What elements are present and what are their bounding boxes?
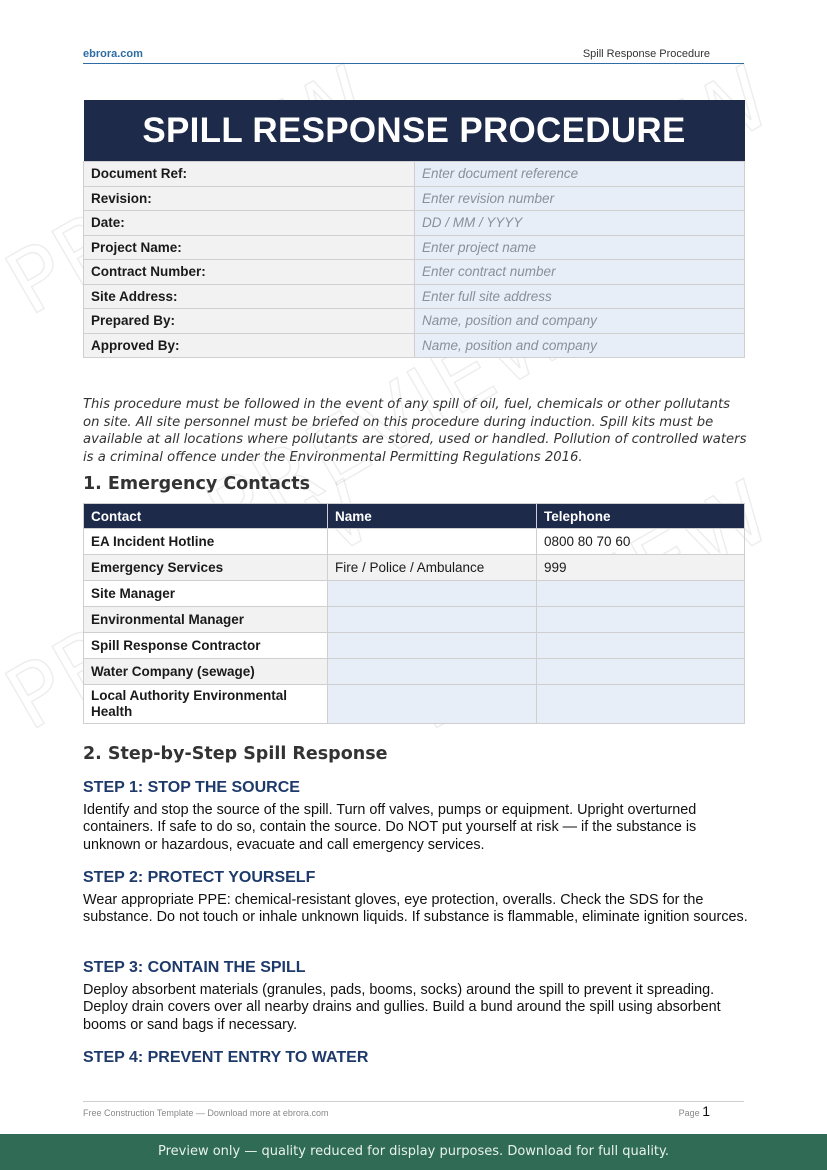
section-heading-steps: 2. Step-by-Step Spill Response xyxy=(83,744,387,764)
meta-row: Project Name:Enter project name xyxy=(84,235,745,260)
step-block: STEP 2: PROTECT YOURSELF Wear appropriat… xyxy=(83,869,748,927)
site-address-field[interactable]: Enter full site address xyxy=(415,284,745,309)
contact-cell: EA Incident Hotline xyxy=(84,529,328,555)
meta-label: Prepared By: xyxy=(84,309,415,334)
emergency-contacts-table: Contact Name Telephone EA Incident Hotli… xyxy=(83,503,745,724)
telephone-input-cell[interactable] xyxy=(537,581,745,607)
telephone-input-cell[interactable] xyxy=(537,633,745,659)
document-ref-field[interactable]: Enter document reference xyxy=(415,162,745,187)
revision-field[interactable]: Enter revision number xyxy=(415,186,745,211)
step-title: STEP 2: PROTECT YOURSELF xyxy=(83,869,748,887)
contact-cell: Emergency Services xyxy=(84,555,328,581)
meta-row: Prepared By:Name, position and company xyxy=(84,309,745,334)
name-input-cell[interactable] xyxy=(328,607,537,633)
name-cell xyxy=(328,529,537,555)
telephone-cell: 999 xyxy=(537,555,745,581)
meta-label: Project Name: xyxy=(84,235,415,260)
meta-row: Revision:Enter revision number xyxy=(84,186,745,211)
telephone-input-cell[interactable] xyxy=(537,659,745,685)
meta-row: Date:DD / MM / YYYY xyxy=(84,211,745,236)
table-row: EA Incident Hotline 0800 80 70 60 xyxy=(84,529,745,555)
meta-row: Approved By:Name, position and company xyxy=(84,333,745,358)
table-row: Emergency Services Fire / Police / Ambul… xyxy=(84,555,745,581)
page-header: ebrora.com Spill Response Procedure xyxy=(83,48,744,64)
meta-label: Site Address: xyxy=(84,284,415,309)
table-row: Local Authority Environmental Health xyxy=(84,685,745,724)
name-cell: Fire / Police / Ambulance xyxy=(328,555,537,581)
meta-row: Contract Number:Enter contract number xyxy=(84,260,745,285)
table-header-row: Contact Name Telephone xyxy=(84,504,745,529)
table-row: Environmental Manager xyxy=(84,607,745,633)
table-row: Water Company (sewage) xyxy=(84,659,745,685)
name-input-cell[interactable] xyxy=(328,685,537,724)
contract-number-field[interactable]: Enter contract number xyxy=(415,260,745,285)
telephone-cell: 0800 80 70 60 xyxy=(537,529,745,555)
step-text: Deploy absorbent materials (granules, pa… xyxy=(83,982,748,1034)
date-field[interactable]: DD / MM / YYYY xyxy=(415,211,745,236)
meta-label: Contract Number: xyxy=(84,260,415,285)
meta-label: Date: xyxy=(84,211,415,236)
contact-cell: Site Manager xyxy=(84,581,328,607)
preview-banner: Preview only — quality reduced for displ… xyxy=(0,1134,827,1170)
step-block: STEP 3: CONTAIN THE SPILL Deploy absorbe… xyxy=(83,959,748,1034)
name-input-cell[interactable] xyxy=(328,633,537,659)
telephone-input-cell[interactable] xyxy=(537,685,745,724)
page-indicator: Page 1 xyxy=(679,1103,710,1119)
section-heading-contacts: 1. Emergency Contacts xyxy=(83,474,310,494)
page-label: Page xyxy=(679,1108,700,1118)
meta-label: Document Ref: xyxy=(84,162,415,187)
page-number: 1 xyxy=(702,1103,710,1119)
step-title: STEP 3: CONTAIN THE SPILL xyxy=(83,959,748,977)
step-text: Wear appropriate PPE: chemical-resistant… xyxy=(83,892,748,927)
document-info-table: SPILL RESPONSE PROCEDURE Document Ref:En… xyxy=(83,100,745,358)
column-header: Contact xyxy=(84,504,328,529)
name-input-cell[interactable] xyxy=(328,659,537,685)
meta-row: Site Address:Enter full site address xyxy=(84,284,745,309)
contact-cell: Spill Response Contractor xyxy=(84,633,328,659)
telephone-input-cell[interactable] xyxy=(537,607,745,633)
step-title: STEP 1: STOP THE SOURCE xyxy=(83,779,748,797)
page-title: SPILL RESPONSE PROCEDURE xyxy=(84,100,745,162)
page-footer: Free Construction Template — Download mo… xyxy=(83,1101,744,1102)
footer-text: Free Construction Template — Download mo… xyxy=(83,1108,328,1118)
step-block: STEP 4: PREVENT ENTRY TO WATER xyxy=(83,1049,748,1072)
meta-row: Document Ref:Enter document reference xyxy=(84,162,745,187)
meta-label: Approved By: xyxy=(84,333,415,358)
table-row: Spill Response Contractor xyxy=(84,633,745,659)
brand-link[interactable]: ebrora.com xyxy=(83,48,143,60)
step-text: Identify and stop the source of the spil… xyxy=(83,802,748,854)
header-doc-title: Spill Response Procedure xyxy=(583,48,710,60)
intro-paragraph: This procedure must be followed in the e… xyxy=(83,396,748,466)
column-header: Name xyxy=(328,504,537,529)
prepared-by-field[interactable]: Name, position and company xyxy=(415,309,745,334)
table-row: Site Manager xyxy=(84,581,745,607)
contact-cell: Local Authority Environmental Health xyxy=(84,685,328,724)
approved-by-field[interactable]: Name, position and company xyxy=(415,333,745,358)
contact-cell: Water Company (sewage) xyxy=(84,659,328,685)
project-name-field[interactable]: Enter project name xyxy=(415,235,745,260)
contact-cell: Environmental Manager xyxy=(84,607,328,633)
meta-label: Revision: xyxy=(84,186,415,211)
column-header: Telephone xyxy=(537,504,745,529)
name-input-cell[interactable] xyxy=(328,581,537,607)
step-title: STEP 4: PREVENT ENTRY TO WATER xyxy=(83,1049,748,1067)
step-block: STEP 1: STOP THE SOURCE Identify and sto… xyxy=(83,779,748,854)
document-page: PREVIEW PREVIEW PREVIEW PREVIEW PREVIEW … xyxy=(0,0,827,1170)
